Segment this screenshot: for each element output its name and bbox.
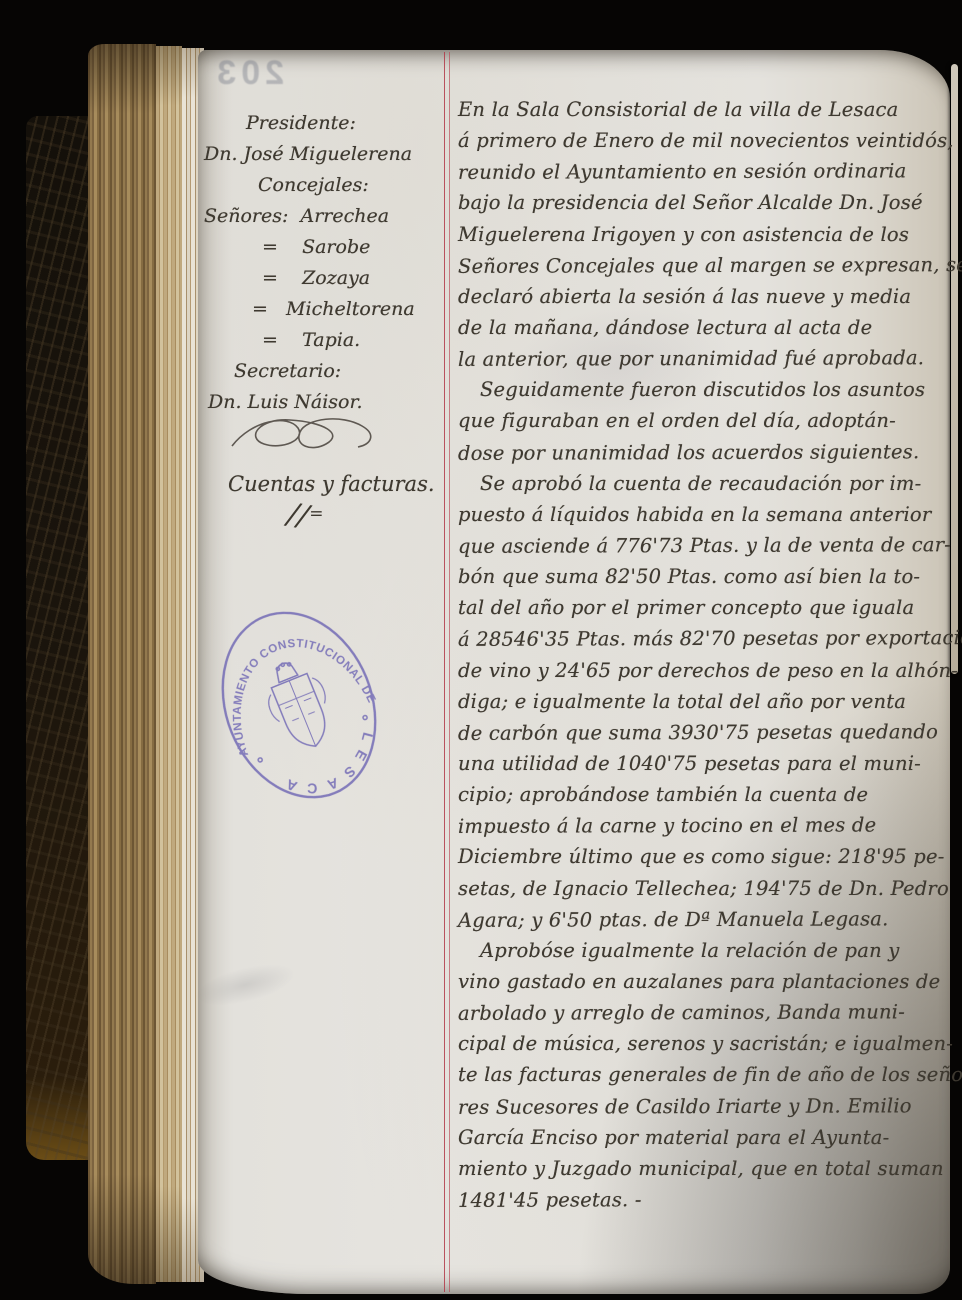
body-line: de vino y 24'65 por derechos de peso en … xyxy=(458,659,954,690)
margin-line: = Micheltorena xyxy=(204,298,450,329)
bleed-through-page-number: 203 xyxy=(214,54,284,93)
body-line: Miguelerena Irigoyen y con asistencia de… xyxy=(458,223,954,254)
margin-line: = Tapia. xyxy=(204,329,450,360)
body-line: diga; e igualmente la total del año por … xyxy=(458,690,954,721)
page-edge-stack-aged xyxy=(88,44,156,1284)
body-line: dose por unanimidad los acuerdos siguien… xyxy=(458,440,954,473)
paragraph-mark-slashes: // xyxy=(285,497,311,535)
body-line: declaró abierta la sesión á las nueve y … xyxy=(458,285,954,316)
body-line: puesto á líquidos habida en la semana an… xyxy=(458,503,954,534)
body-line: á primero de Enero de mil novecientos ve… xyxy=(458,129,954,160)
body-line: Diciembre último que es como sigue: 218'… xyxy=(458,845,954,876)
body-line: 1481'45 pesetas. - xyxy=(458,1187,954,1220)
body-line: reunido el Ayuntamiento en sesión ordina… xyxy=(458,159,954,192)
page-edge-stack-light xyxy=(156,46,182,1282)
body-line: arbolado y arreglo de caminos, Banda mun… xyxy=(458,1000,954,1033)
margin-line: Dn. José Miguelerena xyxy=(204,143,450,174)
body-line: Aprobóse igualmente la relación de pan y xyxy=(458,939,954,970)
body-line: bajo la presidencia del Señor Alcalde Dn… xyxy=(458,191,954,222)
body-line: res Sucesores de Casildo Iriarte y Dn. E… xyxy=(458,1094,954,1127)
body-line: En la Sala Consistorial de la villa de L… xyxy=(458,98,954,129)
body-line: de la mañana, dándose lectura al acta de xyxy=(458,316,954,347)
paragraph-mark-equals: = xyxy=(309,504,323,524)
body-line: Agara; y 6'50 ptas. de Dª Manuela Legasa… xyxy=(458,907,954,940)
body-line: cipio; aprobándose también la cuenta de xyxy=(458,783,954,814)
body-line: la anterior, que por unanimidad fué apro… xyxy=(458,346,954,379)
body-line: Señores Concejales que al margen se expr… xyxy=(458,253,954,286)
body-line: miento y Juzgado municipal, que en total… xyxy=(458,1157,954,1188)
body-line: Se aprobó la cuenta de recaudación por i… xyxy=(458,472,954,503)
margin-line: Señores: Arrechea xyxy=(204,205,450,236)
margin-section-heading: Cuentas y facturas. xyxy=(228,472,435,496)
body-line: tal del año por el primer concepto que i… xyxy=(458,596,954,627)
body-line: á 28546'35 Ptas. más 82'70 pesetas por e… xyxy=(458,627,954,660)
body-line: te las facturas generales de fin de año … xyxy=(458,1063,954,1094)
manuscript-book-photo: 203 Presidente:Dn. José MiguelerenaConce… xyxy=(0,0,962,1300)
body-line: de carbón que suma 3930'75 pesetas queda… xyxy=(458,720,954,753)
margin-attendees-column: Presidente:Dn. José MiguelerenaConcejale… xyxy=(204,112,450,422)
secretary-rubric-flourish xyxy=(224,408,384,464)
body-line: Seguidamente fueron discutidos los asunt… xyxy=(458,378,954,409)
minutes-body-text: En la Sala Consistorial de la villa de L… xyxy=(458,98,954,1219)
body-line: setas, de Ignacio Tellechea; 194'75 de D… xyxy=(458,877,954,908)
body-line: impuesto á la carne y tocino en el mes d… xyxy=(458,813,954,846)
body-line: que figuraban en el orden del día, adopt… xyxy=(458,409,954,440)
body-line: una utilidad de 1040'75 pesetas para el … xyxy=(458,752,954,783)
body-line: vino gastado en auzalanes para plantacio… xyxy=(458,970,954,1001)
margin-paragraph-mark: //= xyxy=(288,498,323,533)
body-line: que asciende á 776'73 Ptas. y la de vent… xyxy=(458,533,954,566)
body-line: bón que suma 82'50 Ptas. como así bien l… xyxy=(458,565,954,596)
margin-line: = Zozaya xyxy=(204,267,450,298)
body-line: cipal de música, serenos y sacristán; e … xyxy=(458,1032,954,1063)
margin-line: Presidente: xyxy=(204,112,450,143)
margin-line: Secretario: xyxy=(204,360,450,391)
body-line: García Enciso por material para el Ayunt… xyxy=(458,1126,954,1157)
margin-line: = Sarobe xyxy=(204,236,450,267)
margin-line: Concejales: xyxy=(204,174,450,205)
